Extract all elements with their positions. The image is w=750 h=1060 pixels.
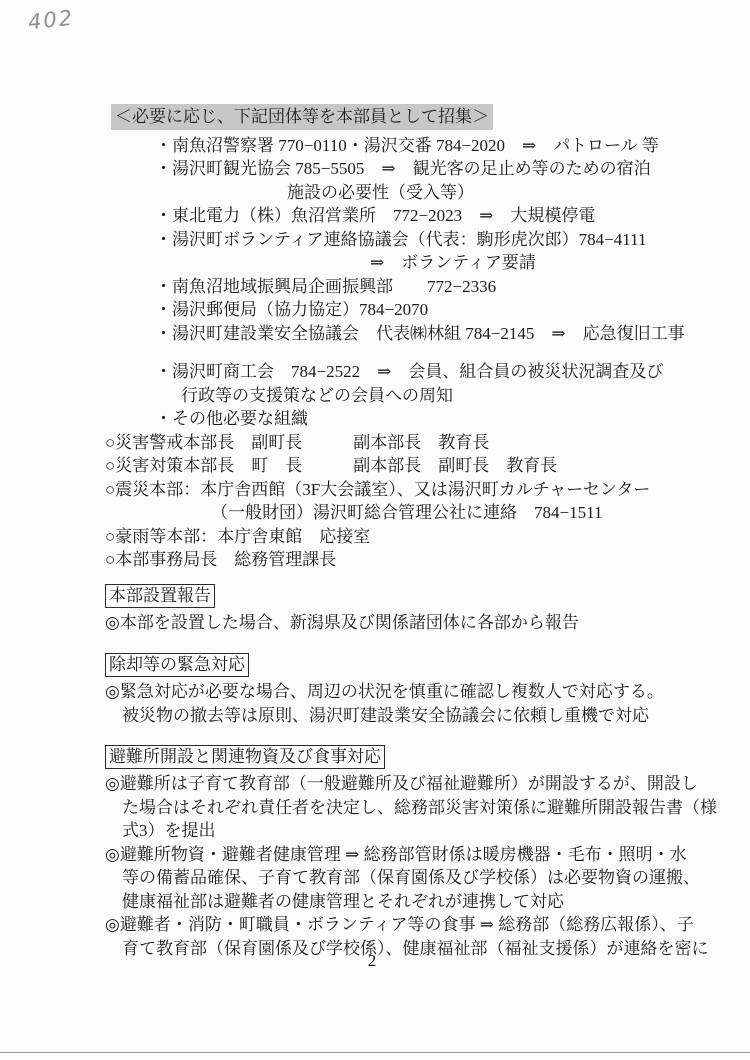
boxed-heading-text: 除却等の緊急対応 [105, 653, 249, 677]
recruit-item-construction: ・湯沢町建設業安全協議会 代表㈱林組 784−2145 ⇒ 応急復旧工事 [105, 322, 705, 346]
recruit-item-commerce: ・湯沢町商工会 784−2522 ⇒ 会員、組合員の被災状況調査及び [105, 360, 705, 384]
section-heading-shelter: 避難所開設と関連物資及び食事対応 [105, 745, 705, 769]
page-number: 2 [0, 951, 744, 971]
recruit-item-police: ・南魚沼警察署 770−0110・湯沢交番 784−2020 ⇒ パトロール 等 [105, 134, 705, 158]
section-hq-report-line: ◎本部を設置した場合、新潟県及び関係諸団体に各部から報告 [105, 611, 705, 635]
recruit-item-tourism: ・湯沢町観光協会 785−5505 ⇒ 観光客の足止め等のための宿泊 [105, 157, 705, 181]
recruit-item-volunteer: ・湯沢町ボランティア連絡協議会（代表：駒形虎次郎）784−4111 [105, 228, 705, 252]
hq-item-earthquake-hq: ○震災本部：本庁舎西館（3F大会議室）、又は湯沢町カルチャーセンター [105, 478, 705, 502]
section-heading-hq-report: 本部設置報告 [105, 584, 705, 608]
recruit-item-tourism-cont: 施設の必要性（受入等） [105, 181, 705, 205]
highlighted-header-text: ＜必要に応じ、下記団体等を本部員として招集＞ [111, 104, 493, 130]
recruit-item-commerce-cont: 行政等の支援策などの会員への周知 [105, 384, 705, 408]
recruit-item-other: ・その他必要な組織 [105, 407, 705, 431]
handwritten-page-number: 402 [27, 6, 75, 35]
section-heading-removal: 除却等の緊急対応 [105, 653, 705, 677]
recruit-item-volunteer-cont: ⇒ ボランティア要請 [105, 251, 705, 275]
recruit-item-electric: ・東北電力（株）魚沼営業所 772−2023 ⇒ 大規模停電 [105, 204, 705, 228]
section-shelter-line: ◎避難所は子育て教育部（一般避難所及び福祉避難所）が開設するが、開設し [105, 772, 705, 796]
section-removal-line: 被災物の撤去等は原則、湯沢町建設業安全協議会に依頼し重機で対応 [105, 704, 705, 728]
section-shelter-line: ◎避難者・消防・町職員・ボランティア等の食事 ⇒ 総務部（総務広報係）、子 [105, 913, 705, 937]
section-shelter-line: ◎避難所物資・避難者健康管理 ⇒ 総務部管財係は暖房機器・毛布・照明・水 [105, 843, 705, 867]
section-shelter-line: た場合はそれぞれ責任者を決定し、総務部災害対策係に避難所開設報告書（様 [105, 796, 705, 820]
document-body: ＜必要に応じ、下記団体等を本部員として招集＞ ・南魚沼警察署 770−0110・… [105, 104, 705, 960]
scan-edge-line [0, 1052, 750, 1053]
section-shelter-line: 式3）を提出 [105, 819, 705, 843]
section-shelter-line: 健康福祉部は避難者の健康管理とそれぞれが連携して対応 [105, 890, 705, 914]
scanned-document-page: 402 ＜必要に応じ、下記団体等を本部員として招集＞ ・南魚沼警察署 770−0… [0, 0, 750, 1060]
hq-item-heavy-rain-hq: ○豪雨等本部：本庁舎東館 応接室 [105, 525, 705, 549]
recruit-item-post-office: ・湯沢郵便局（協力協定）784−2070 [105, 298, 705, 322]
hq-item-warning-chief: ○災害警戒本部長 副町長 副本部長 教育長 [105, 431, 705, 455]
hq-item-countermeasures-chief: ○災害対策本部長 町 長 副本部長 副町長 教育長 [105, 454, 705, 478]
hq-item-earthquake-hq-cont: （一般財団）湯沢町総合管理公社に連絡 784−1511 [105, 501, 705, 525]
hq-item-secretariat-chief: ○本部事務局長 総務管理課長 [105, 548, 705, 572]
boxed-heading-text: 本部設置報告 [105, 584, 215, 608]
boxed-heading-text: 避難所開設と関連物資及び食事対応 [105, 745, 385, 769]
section-removal-line: ◎緊急対応が必要な場合、周辺の状況を慎重に確認し複数人で対応する。 [105, 680, 705, 704]
section-shelter-line: 等の備蓄品確保、子育て教育部（保育園係及び学校係）は必要物資の運搬、 [105, 866, 705, 890]
highlighted-section-header: ＜必要に応じ、下記団体等を本部員として招集＞ [105, 104, 705, 130]
recruit-item-regional-bureau: ・南魚沼地域振興局企画振興部 772−2336 [105, 275, 705, 299]
